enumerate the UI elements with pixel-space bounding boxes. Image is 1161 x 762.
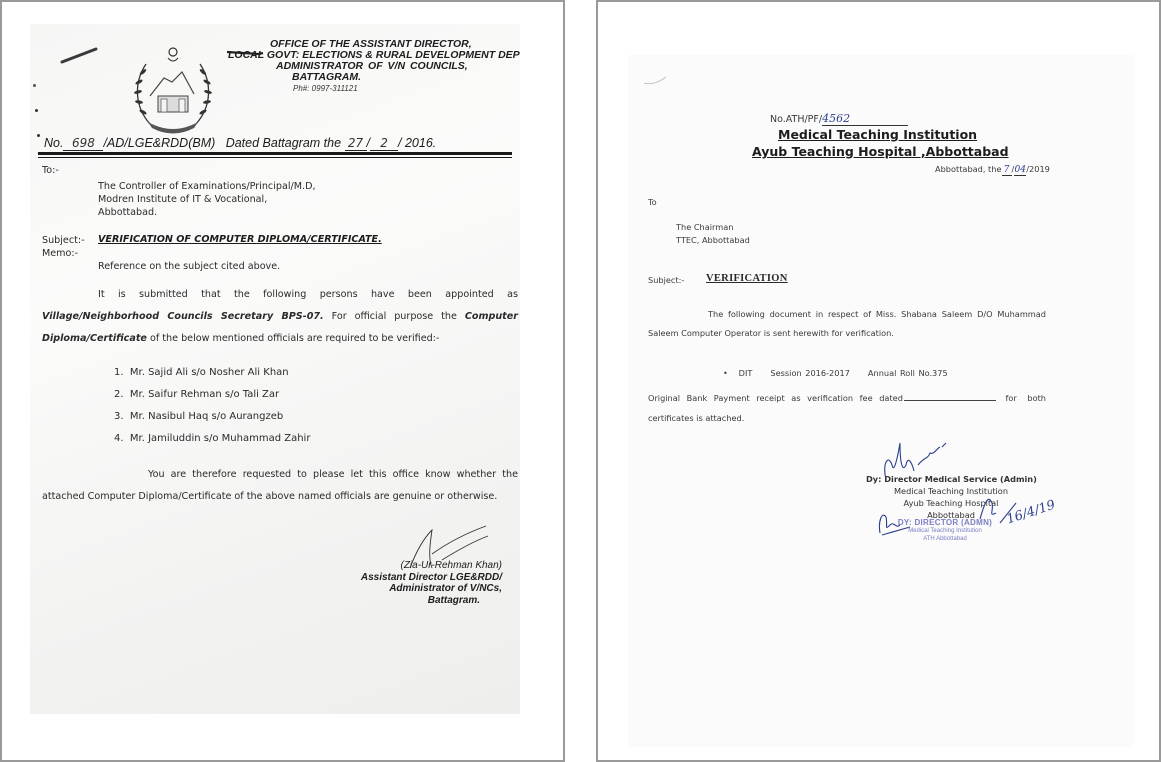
left-document-panel: OFFICE OF THE ASSISTANT DIRECTOR, LOCAL … bbox=[0, 0, 565, 762]
signatory-title1: Assistant Director LGE&RDD/ bbox=[350, 572, 502, 584]
ref-handwritten: 4562 bbox=[822, 112, 908, 126]
signatory-title3: Battagram. bbox=[350, 595, 502, 607]
fee-date-blank bbox=[904, 400, 996, 401]
to-label: To:- bbox=[42, 164, 59, 177]
day-handwritten: 27 bbox=[345, 136, 367, 151]
institution-title: Medical Teaching Institution bbox=[778, 127, 977, 142]
recipient-line2: Modren Institute of IT & Vocational, bbox=[98, 193, 267, 206]
header-rule-thin bbox=[38, 157, 512, 158]
date-day: 7 bbox=[1002, 165, 1012, 176]
left-document-scan: OFFICE OF THE ASSISTANT DIRECTOR, LOCAL … bbox=[30, 24, 520, 714]
subject-label: Subject:- bbox=[648, 275, 684, 285]
subject-text: VERIFICATION OF COMPUTER DIPLOMA/CERTIFI… bbox=[98, 234, 382, 245]
hospital-title: Ayub Teaching Hospital ,Abbottabad bbox=[752, 144, 1009, 159]
to-label: To bbox=[648, 197, 657, 207]
letter-date: Abbottabad, the7/04/2019 bbox=[935, 164, 1050, 176]
signatory-name: (Zia-Ur-Rehman Khan) bbox=[350, 560, 502, 572]
para2-start: Original Bank Payment receipt as verific… bbox=[648, 393, 903, 403]
list-item: 2. Mr. Saifur Rehman s/o Tali Zar bbox=[114, 384, 310, 406]
para1-end: of the below mentioned officials are req… bbox=[147, 333, 439, 344]
month-handwritten: 2 bbox=[370, 136, 398, 151]
bullet-course: DIT bbox=[739, 368, 753, 378]
body-paragraph-1: The following document in respect of Mis… bbox=[648, 305, 1046, 343]
stamp-line1: DY: DIRECTOR (ADMN) bbox=[890, 519, 1000, 527]
scan-mark-icon bbox=[640, 71, 680, 91]
body-paragraph-2: You are therefore requested to please le… bbox=[42, 464, 518, 508]
list-item: 3. Mr. Nasibul Haq s/o Aurangzeb bbox=[114, 406, 310, 428]
recipient-line3: Abbottabad. bbox=[98, 206, 157, 219]
ref-no-suffix: /AD/LGE&RDD(BM) bbox=[103, 136, 215, 150]
recipient-line2: TTEC, Abbottabad bbox=[676, 235, 750, 245]
ref-prefix: No.ATH/PF/ bbox=[770, 114, 822, 125]
body-paragraph-2-line2: certificates is attached. bbox=[648, 413, 744, 423]
recipient-line1: The Chairman bbox=[676, 222, 733, 232]
office-phone: Ph#: 0997-311121 bbox=[293, 84, 358, 93]
bullet-session: Session 2016-2017 bbox=[770, 368, 849, 378]
document-bullet: • DIT Session 2016-2017 Annual Roll No.3… bbox=[723, 368, 948, 378]
memo-label: Memo:- bbox=[42, 247, 78, 260]
scan-mark-icon bbox=[60, 46, 100, 66]
ref-no-handwritten: 698 bbox=[63, 136, 103, 151]
subject-label: Subject:- bbox=[42, 234, 85, 247]
recipient-line1: The Controller of Examinations/Principal… bbox=[98, 180, 316, 193]
date-year: /2019 bbox=[1026, 164, 1050, 174]
body-paragraph-2: Original Bank Payment receipt as verific… bbox=[648, 393, 1046, 403]
official-stamp: DY: DIRECTOR (ADMN) Medical Teaching Ins… bbox=[890, 519, 1000, 543]
right-document-scan: No.ATH/PF/4562 Medical Teaching Institut… bbox=[628, 55, 1134, 747]
year-text: / 2016. bbox=[398, 136, 436, 150]
bullet-roll: Annual Roll No.375 bbox=[868, 368, 948, 378]
government-emblem-icon bbox=[128, 44, 218, 139]
ref-number: No.ATH/PF/4562 bbox=[770, 112, 908, 126]
bullet-icon: • bbox=[723, 368, 728, 378]
right-document-panel: No.ATH/PF/4562 Medical Teaching Institut… bbox=[596, 0, 1161, 762]
signatory-title2: Administrator of V/NCs, bbox=[350, 583, 502, 595]
stamp-line3: ATH Abbottabad bbox=[890, 535, 1000, 543]
reference-sentence: Reference on the subject cited above. bbox=[98, 260, 280, 273]
office-title-line4: BATTAGRAM. bbox=[292, 71, 361, 83]
body-paragraph-1: It is submitted that the following perso… bbox=[42, 284, 518, 350]
para2-end: for both bbox=[1006, 393, 1046, 403]
dated-label: Dated Battagram the bbox=[226, 136, 341, 150]
signature-block: (Zia-Ur-Rehman Khan) Assistant Director … bbox=[350, 560, 502, 606]
subject-text: VERIFICATION bbox=[706, 273, 788, 284]
list-item: 1. Mr. Sajid Ali s/o Nosher Ali Khan bbox=[114, 362, 310, 384]
para1-intro: It is submitted that the following perso… bbox=[98, 289, 518, 300]
para1-post: Village/Neighborhood Councils Secretary … bbox=[42, 311, 324, 322]
date-prefix: Abbottabad, the bbox=[935, 164, 1002, 174]
ref-no-label: No. bbox=[44, 136, 63, 150]
officials-list: 1. Mr. Sajid Ali s/o Nosher Ali Khan 2. … bbox=[114, 362, 310, 450]
para1-mid: For official purpose the bbox=[324, 311, 465, 322]
header-rule-thick bbox=[38, 152, 512, 155]
list-item: 4. Mr. Jamiluddin s/o Muhammad Zahir bbox=[114, 428, 310, 450]
date-month: 04 bbox=[1014, 165, 1026, 176]
reference-line: No.698/AD/LGE&RDD(BM) Dated Battagram th… bbox=[44, 136, 436, 151]
stamp-line2: Medical Teaching Institution bbox=[890, 527, 1000, 535]
